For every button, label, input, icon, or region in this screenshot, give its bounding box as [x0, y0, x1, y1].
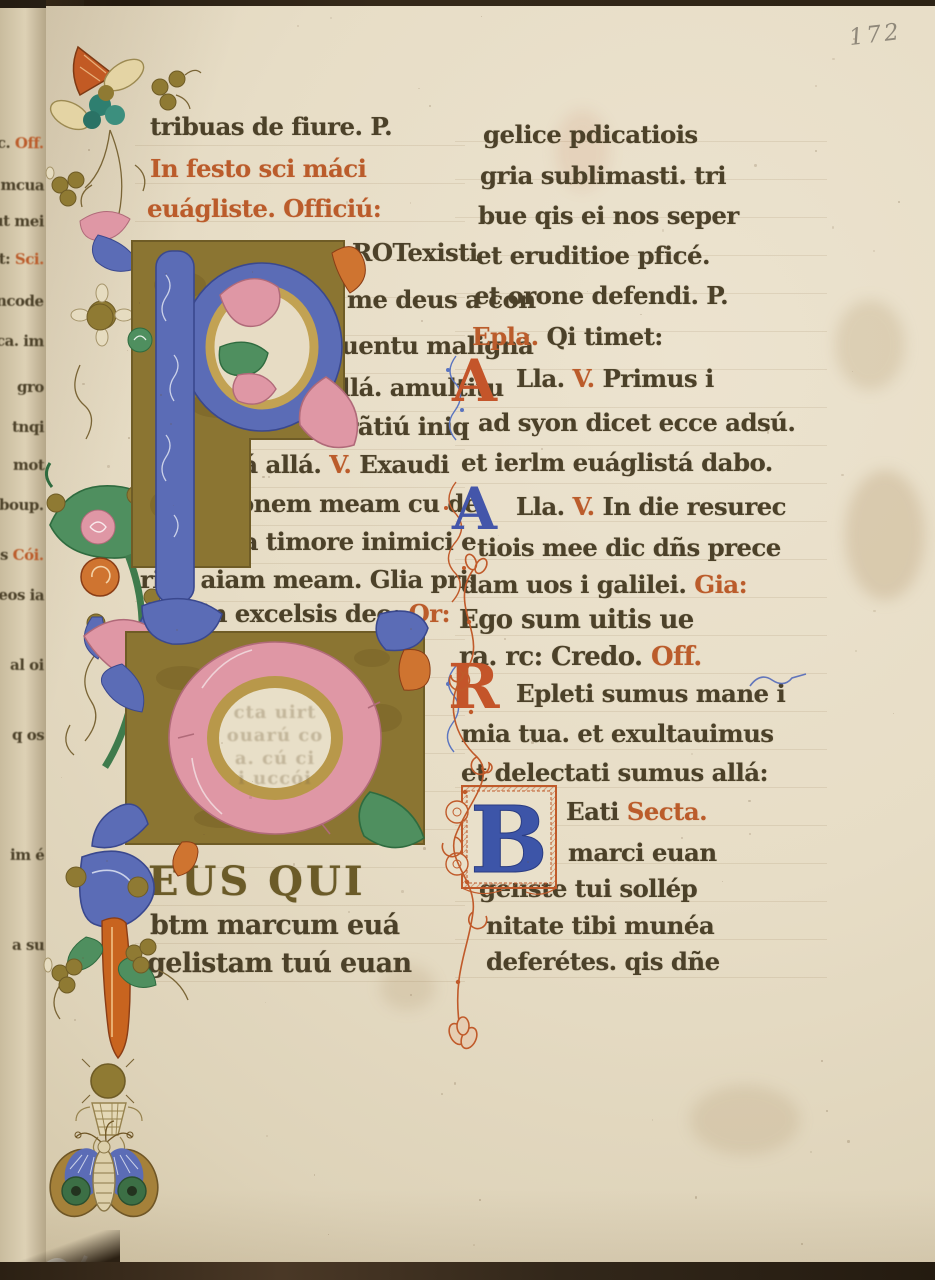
prev-page-text-fragment: sci mcua — [0, 176, 44, 195]
prev-page-text-fragment: reos ia — [0, 586, 44, 605]
text-line: Lla. V. In die resurec — [516, 492, 786, 521]
prev-page-text-fragment: s Cói. — [0, 546, 44, 564]
text-line: Epla. Qi timet: — [472, 322, 663, 351]
text-line: ROTexisti — [352, 238, 478, 267]
butterfly-ornament — [42, 1121, 166, 1224]
gold-besant-cluster — [46, 167, 84, 206]
blue-acanthus-taper — [44, 851, 156, 1058]
text-line: gria sublimasti. tri — [480, 161, 726, 190]
text-line: et orone defendi. P. — [474, 281, 728, 310]
svg-text:cta uirt: cta uirt — [234, 702, 317, 723]
text-line: bue qis ei nos seper — [478, 201, 739, 230]
prev-page-text-fragment: ncode — [0, 292, 44, 310]
prev-page-text-fragment: al oi — [10, 656, 44, 674]
prev-page-text-fragment: im é — [10, 846, 45, 864]
initial-a-blue: A — [452, 480, 497, 538]
ink-annotation — [748, 666, 812, 696]
top-flower-ornament — [46, 47, 201, 135]
text-line: Eati Secta. — [566, 797, 707, 826]
text-line: Lla. V. Primus i — [516, 364, 714, 393]
prev-page-text-fragment: sicut mei — [0, 212, 44, 231]
text-line: tiois mee dic dñs prece — [477, 533, 781, 562]
show-through-text: cta uirt ouarú co a. cú ci i uccói — [227, 702, 324, 789]
text-line: marci euan — [568, 838, 717, 867]
background-board-bottom — [0, 1262, 935, 1280]
initial-p-illumination — [70, 225, 360, 655]
manuscript-photo: ralc. Off.sci mcuasicut meioit: Sci.ncod… — [0, 0, 935, 1280]
prev-page-text-fragment: ralc. Off. — [0, 134, 44, 153]
text-line: et ierlm euáglistá dabo. — [461, 448, 773, 477]
text-line: gelice pdicatiois — [483, 120, 698, 149]
text-line: et eruditioe pficé. — [476, 241, 710, 270]
text-line: deferétes. qis dñe — [486, 947, 720, 976]
prev-page-text-fragment: oit: Sci. — [0, 250, 44, 269]
prev-page-text-fragment: ca. im — [0, 332, 44, 351]
gold-ball-pendant — [82, 1059, 134, 1103]
text-line: Epleti sumus mane i — [516, 679, 785, 708]
divider-vine — [425, 552, 510, 1057]
initial-a-red: A — [452, 352, 497, 410]
svg-text:i uccói: i uccói — [238, 768, 312, 789]
svg-text:ouarú co: ouarú co — [227, 725, 324, 746]
svg-text:a. cú ci: a. cú ci — [235, 748, 315, 769]
prev-page-text-fragment: boup. — [0, 496, 44, 514]
text-line: ad syon dicet ecce adsú. — [478, 408, 795, 437]
initial-d-illumination: cta uirt ouarú co a. cú ci i uccói — [82, 598, 432, 866]
text-line: nitate tibi munéa — [486, 911, 714, 940]
